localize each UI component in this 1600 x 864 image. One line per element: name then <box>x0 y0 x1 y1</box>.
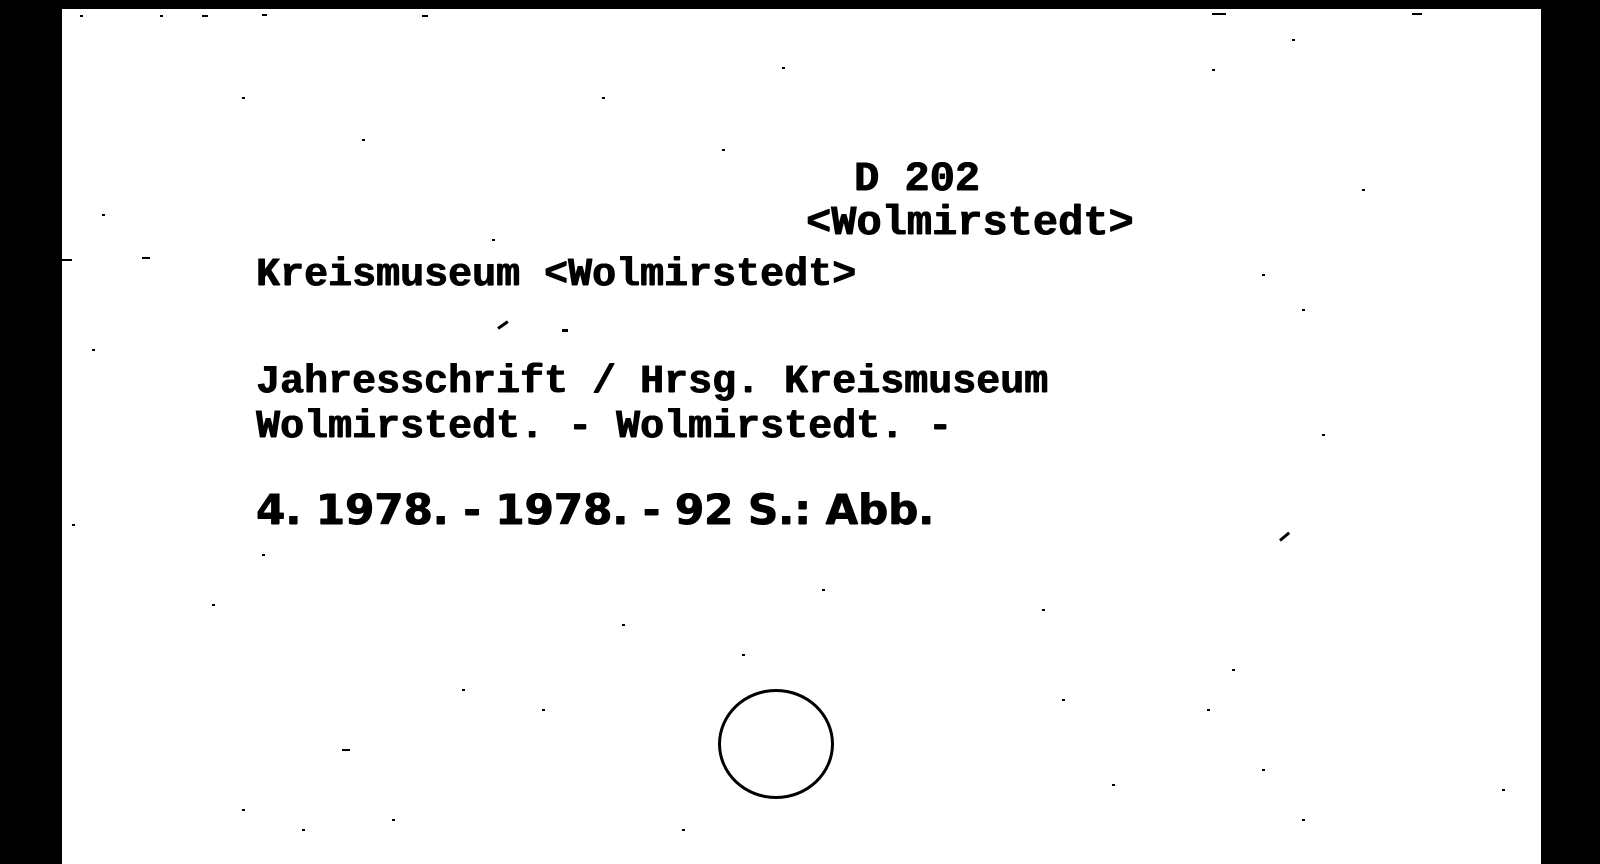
call-location: <Wolmirstedt> <box>806 201 1134 245</box>
edition-physical-description: 4. 1978. - 1978. - 92 S.: Abb. <box>256 487 934 533</box>
stray-mark <box>497 320 509 329</box>
scan-speck <box>782 67 785 69</box>
scan-speck <box>1262 769 1265 771</box>
scan-speck <box>602 97 605 99</box>
scan-speck <box>62 259 72 261</box>
catalog-card: D 202 <Wolmirstedt> Kreismuseum <Wolmirs… <box>62 9 1541 864</box>
punch-hole-icon <box>718 689 834 799</box>
scan-speck <box>102 214 105 216</box>
scan-speck <box>1502 789 1505 791</box>
scan-speck <box>1262 274 1265 276</box>
scan-speck <box>72 524 75 526</box>
scan-speck <box>242 97 245 99</box>
stray-mark <box>562 329 568 332</box>
scan-speck <box>1412 13 1422 15</box>
scan-speck <box>822 589 825 591</box>
scan-speck <box>742 654 745 656</box>
scan-speck <box>1212 69 1215 71</box>
scan-speck <box>242 809 245 811</box>
scan-speck <box>202 15 208 17</box>
call-number: D 202 <box>854 157 980 201</box>
scanned-image: D 202 <Wolmirstedt> Kreismuseum <Wolmirs… <box>0 0 1600 864</box>
scan-speck <box>722 149 725 151</box>
scan-speck <box>1302 309 1305 311</box>
stray-mark <box>1279 532 1290 542</box>
scan-speck <box>262 14 267 16</box>
scan-speck <box>1302 819 1305 821</box>
scan-speck <box>92 349 95 351</box>
scan-speck <box>80 15 83 17</box>
scan-speck <box>422 15 428 17</box>
scan-speck <box>302 829 305 831</box>
scan-speck <box>622 624 625 626</box>
corporate-author-heading: Kreismuseum <Wolmirstedt> <box>256 254 856 298</box>
scan-speck <box>142 257 150 259</box>
scan-speck <box>262 554 265 556</box>
scan-speck <box>542 709 545 711</box>
scan-speck <box>1292 39 1295 41</box>
scan-speck <box>342 749 350 751</box>
scan-speck <box>682 829 685 831</box>
scan-speck <box>492 239 495 241</box>
scan-speck <box>160 15 163 17</box>
title-statement-line-1: Jahresschrift / Hrsg. Kreismuseum <box>256 361 1048 405</box>
scan-speck <box>1042 609 1045 611</box>
scan-speck <box>1322 434 1325 436</box>
scan-speck <box>212 604 215 606</box>
scan-speck <box>1062 699 1065 701</box>
scan-speck <box>362 139 365 141</box>
scan-speck <box>1212 13 1226 15</box>
title-statement-line-2: Wolmirstedt. - Wolmirstedt. - <box>256 406 952 450</box>
scan-speck <box>1112 784 1115 786</box>
scan-speck <box>1207 709 1210 711</box>
scan-speck <box>1362 189 1365 191</box>
scan-speck <box>1232 669 1235 671</box>
scan-speck <box>392 819 395 821</box>
scan-speck <box>462 689 465 691</box>
